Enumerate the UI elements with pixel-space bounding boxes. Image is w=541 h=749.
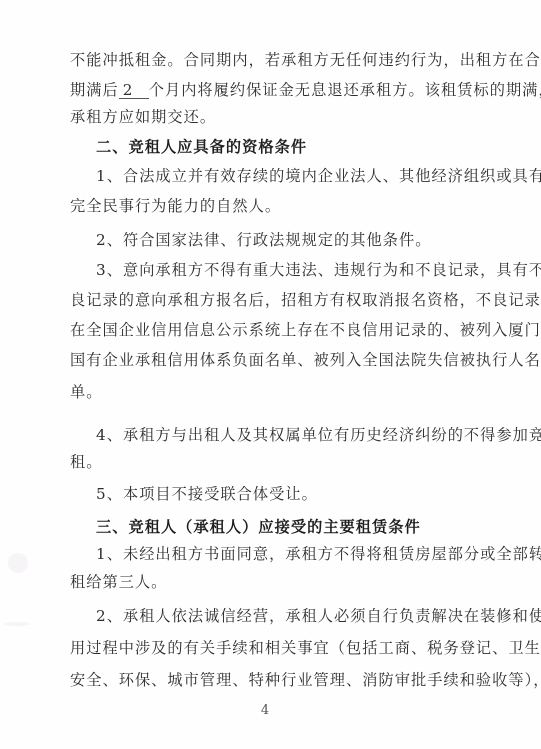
paragraph-line: 承租方应如期交还。 <box>70 106 470 128</box>
section-heading: 二、竞租人应具备的资格条件 <box>96 136 496 158</box>
scan-artifact <box>4 622 30 626</box>
list-item-line: 1、合法成立并有效存续的境内企业法人、其他经济组织或具有 <box>96 165 496 187</box>
list-item-line: 1、未经出租方书面同意，承租方不得将租赁房屋部分或全部转 <box>96 543 496 565</box>
filled-blank: 2 <box>119 82 149 99</box>
text-segment: 个月内将履约保证金无息退还承租方。该租赁标的期满， <box>149 81 541 99</box>
page-number: 4 <box>258 703 272 718</box>
list-item-line: 2、符合国家法律、行政法规规定的其他条件。 <box>96 229 496 251</box>
list-item-line: 完全民事行为能力的自然人。 <box>70 195 470 217</box>
list-item-line: 在全国企业信用信息公示系统上存在不良信用记录的、被列入厦门市 <box>70 319 470 341</box>
list-item-line: 5、本项目不接受联合体受让。 <box>96 483 496 505</box>
paragraph-line: 不能冲抵租金。合同期内，若承租方无任何违约行为，出租方在合同 <box>70 49 470 71</box>
list-item-line: 租。 <box>70 451 470 473</box>
paragraph-line: 期满后2个月内将履约保证金无息退还承租方。该租赁标的期满， <box>70 79 470 101</box>
list-item-line: 3、意向承租方不得有重大违法、违规行为和不良记录，具有不 <box>96 259 496 281</box>
list-item-line: 租给第三人。 <box>70 571 470 593</box>
list-item-line: 4、承租方与出租人及其权属单位有历史经济纠纷的不得参加竞 <box>96 424 496 446</box>
document-page: 不能冲抵租金。合同期内，若承租方无任何违约行为，出租方在合同 期满后2个月内将履… <box>0 0 541 749</box>
list-item-line: 2、承租人依法诚信经营，承租人必须自行负责解决在装修和使 <box>96 605 496 627</box>
list-item-line: 国有企业承租信用体系负面名单、被列入全国法院失信被执行人名 <box>70 349 470 371</box>
list-item-line: 安全、环保、城市管理、特种行业管理、消防审批手续和验收等）， <box>70 669 470 691</box>
scan-artifact <box>8 553 28 573</box>
section-heading: 三、竞租人（承租人）应接受的主要租赁条件 <box>96 516 496 538</box>
text-segment: 期满后 <box>70 81 119 99</box>
list-item-line: 用过程中涉及的有关手续和相关事宜（包括工商、税务登记、卫生、 <box>70 637 470 659</box>
list-item-line: 良记录的意向承租方报名后，招租方有权取消报名资格，不良记录含 <box>70 289 470 311</box>
list-item-line: 单。 <box>70 381 470 403</box>
